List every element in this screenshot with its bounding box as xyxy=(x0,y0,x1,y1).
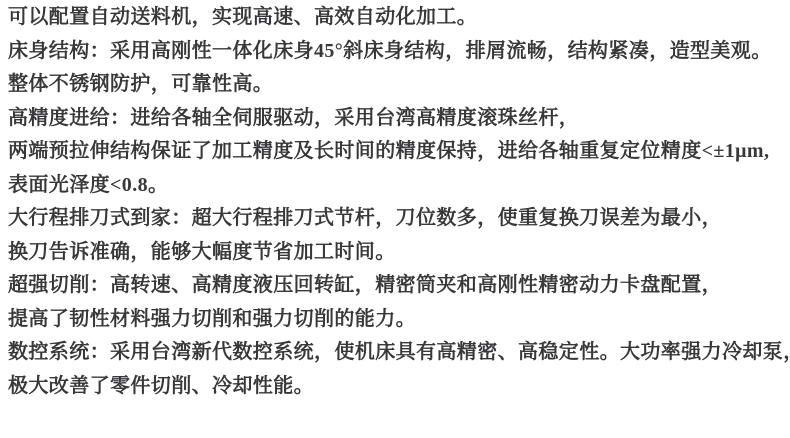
text-line: 床身结构：采用高刚性一体化床身45°斜床身结构，排屑流畅，结构紧凑，造型美观。 xyxy=(8,35,784,69)
text-line: 表面光泽度<0.8。 xyxy=(8,169,784,203)
text-line: 整体不锈钢防护，可靠性高。 xyxy=(8,68,784,102)
text-line: 极大改善了零件切削、冷却性能。 xyxy=(8,370,784,404)
text-line: 可以配置自动送料机，实现高速、高效自动化加工。 xyxy=(8,1,784,35)
text-line: 换刀告诉准确，能够大幅度节省加工时间。 xyxy=(8,236,784,270)
text-line: 两端预拉伸结构保证了加工精度及长时间的精度保持，进给各轴重复定位精度<±1μm, xyxy=(8,135,784,169)
text-line: 大行程排刀式到家：超大行程排刀式节杆，刀位数多，使重复换刀误差为最小， xyxy=(8,202,784,236)
text-line: 超强切削：高转速、高精度液压回转缸，精密筒夹和高刚性精密动力卡盘配置， xyxy=(8,269,784,303)
text-line: 数控系统：采用台湾新代数控系统，使机床具有高精密、高稳定性。大功率强力冷却泵， xyxy=(8,336,784,370)
text-line: 提高了韧性材料强力切削和强力切削的能力。 xyxy=(8,303,784,337)
product-description-text-block: 可以配置自动送料机，实现高速、高效自动化加工。床身结构：采用高刚性一体化床身45… xyxy=(0,0,790,438)
text-line: 高精度进给：进给各轴全伺服驱动，采用台湾高精度滚珠丝杆， xyxy=(8,102,784,136)
